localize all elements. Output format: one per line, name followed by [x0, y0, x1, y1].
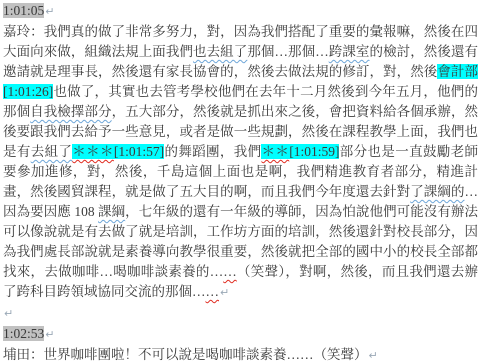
paragraph-mark-icon: ↵	[44, 328, 54, 341]
text-run: [1:01:59]	[289, 144, 339, 159]
text-run: …	[300, 347, 314, 362]
text-run: 跨課室	[329, 44, 370, 59]
text-run: 咖啡談素養…	[219, 347, 300, 362]
paragraph-mark-icon: ↵	[368, 349, 378, 362]
text-run: 自我檢擇部分	[30, 104, 111, 119]
paragraph-mark-icon: ↵	[44, 5, 54, 18]
document-page[interactable]: 1:01:05↵嘉玲：我們真的做了非常多努力，對，因為我們搭配了重要的彙報嘛，然…	[0, 0, 480, 362]
text-run: 那個…那個…	[247, 44, 328, 59]
transcript-paragraph: 嘉玲：我們真的做了非常多努力，對，因為我們搭配了重要的彙報嘛，然後在四大面向來做…	[3, 22, 478, 303]
text-run: 的舞蹈團，我們	[164, 144, 261, 159]
text-run: ＊＊＊	[72, 144, 114, 159]
timestamp-line: 1:01:05↵	[3, 1, 478, 22]
document-body: 1:01:05↵嘉玲：我們真的做了非常多努力，對，因為我們搭配了重要的彙報嘛，然…	[3, 1, 478, 362]
text-run: 了課綱的	[410, 184, 464, 199]
text-run: 埔田	[3, 347, 30, 362]
blank-line: ↵	[3, 303, 478, 324]
paragraph-mark-icon: ↵	[3, 307, 13, 320]
text-run: …	[206, 284, 220, 299]
text-run: 咖啡團啦	[71, 347, 125, 362]
text-run: ！	[125, 347, 139, 362]
timestamp-line: 1:02:53↵	[3, 324, 478, 345]
text-run: …	[223, 264, 237, 279]
text-run: 1:02:53	[3, 326, 44, 341]
text-run: 也去組了	[193, 44, 247, 59]
text-run: 去組了	[31, 144, 73, 159]
paragraph-mark-icon: ↵	[219, 286, 229, 299]
text-run: 1:01:05	[3, 3, 44, 18]
text-run: ：世界	[30, 347, 71, 362]
text-run: [1:01:57]	[114, 144, 164, 159]
text-run: （笑聲）	[314, 347, 368, 362]
text-run: 課綱	[98, 204, 125, 219]
transcript-paragraph: 埔田：世界咖啡團啦！不可以說是喝咖啡談素養……（笑聲）↵	[3, 345, 478, 362]
text-run: 不可以說是喝	[138, 347, 219, 362]
text-run: ＊＊	[261, 144, 289, 159]
